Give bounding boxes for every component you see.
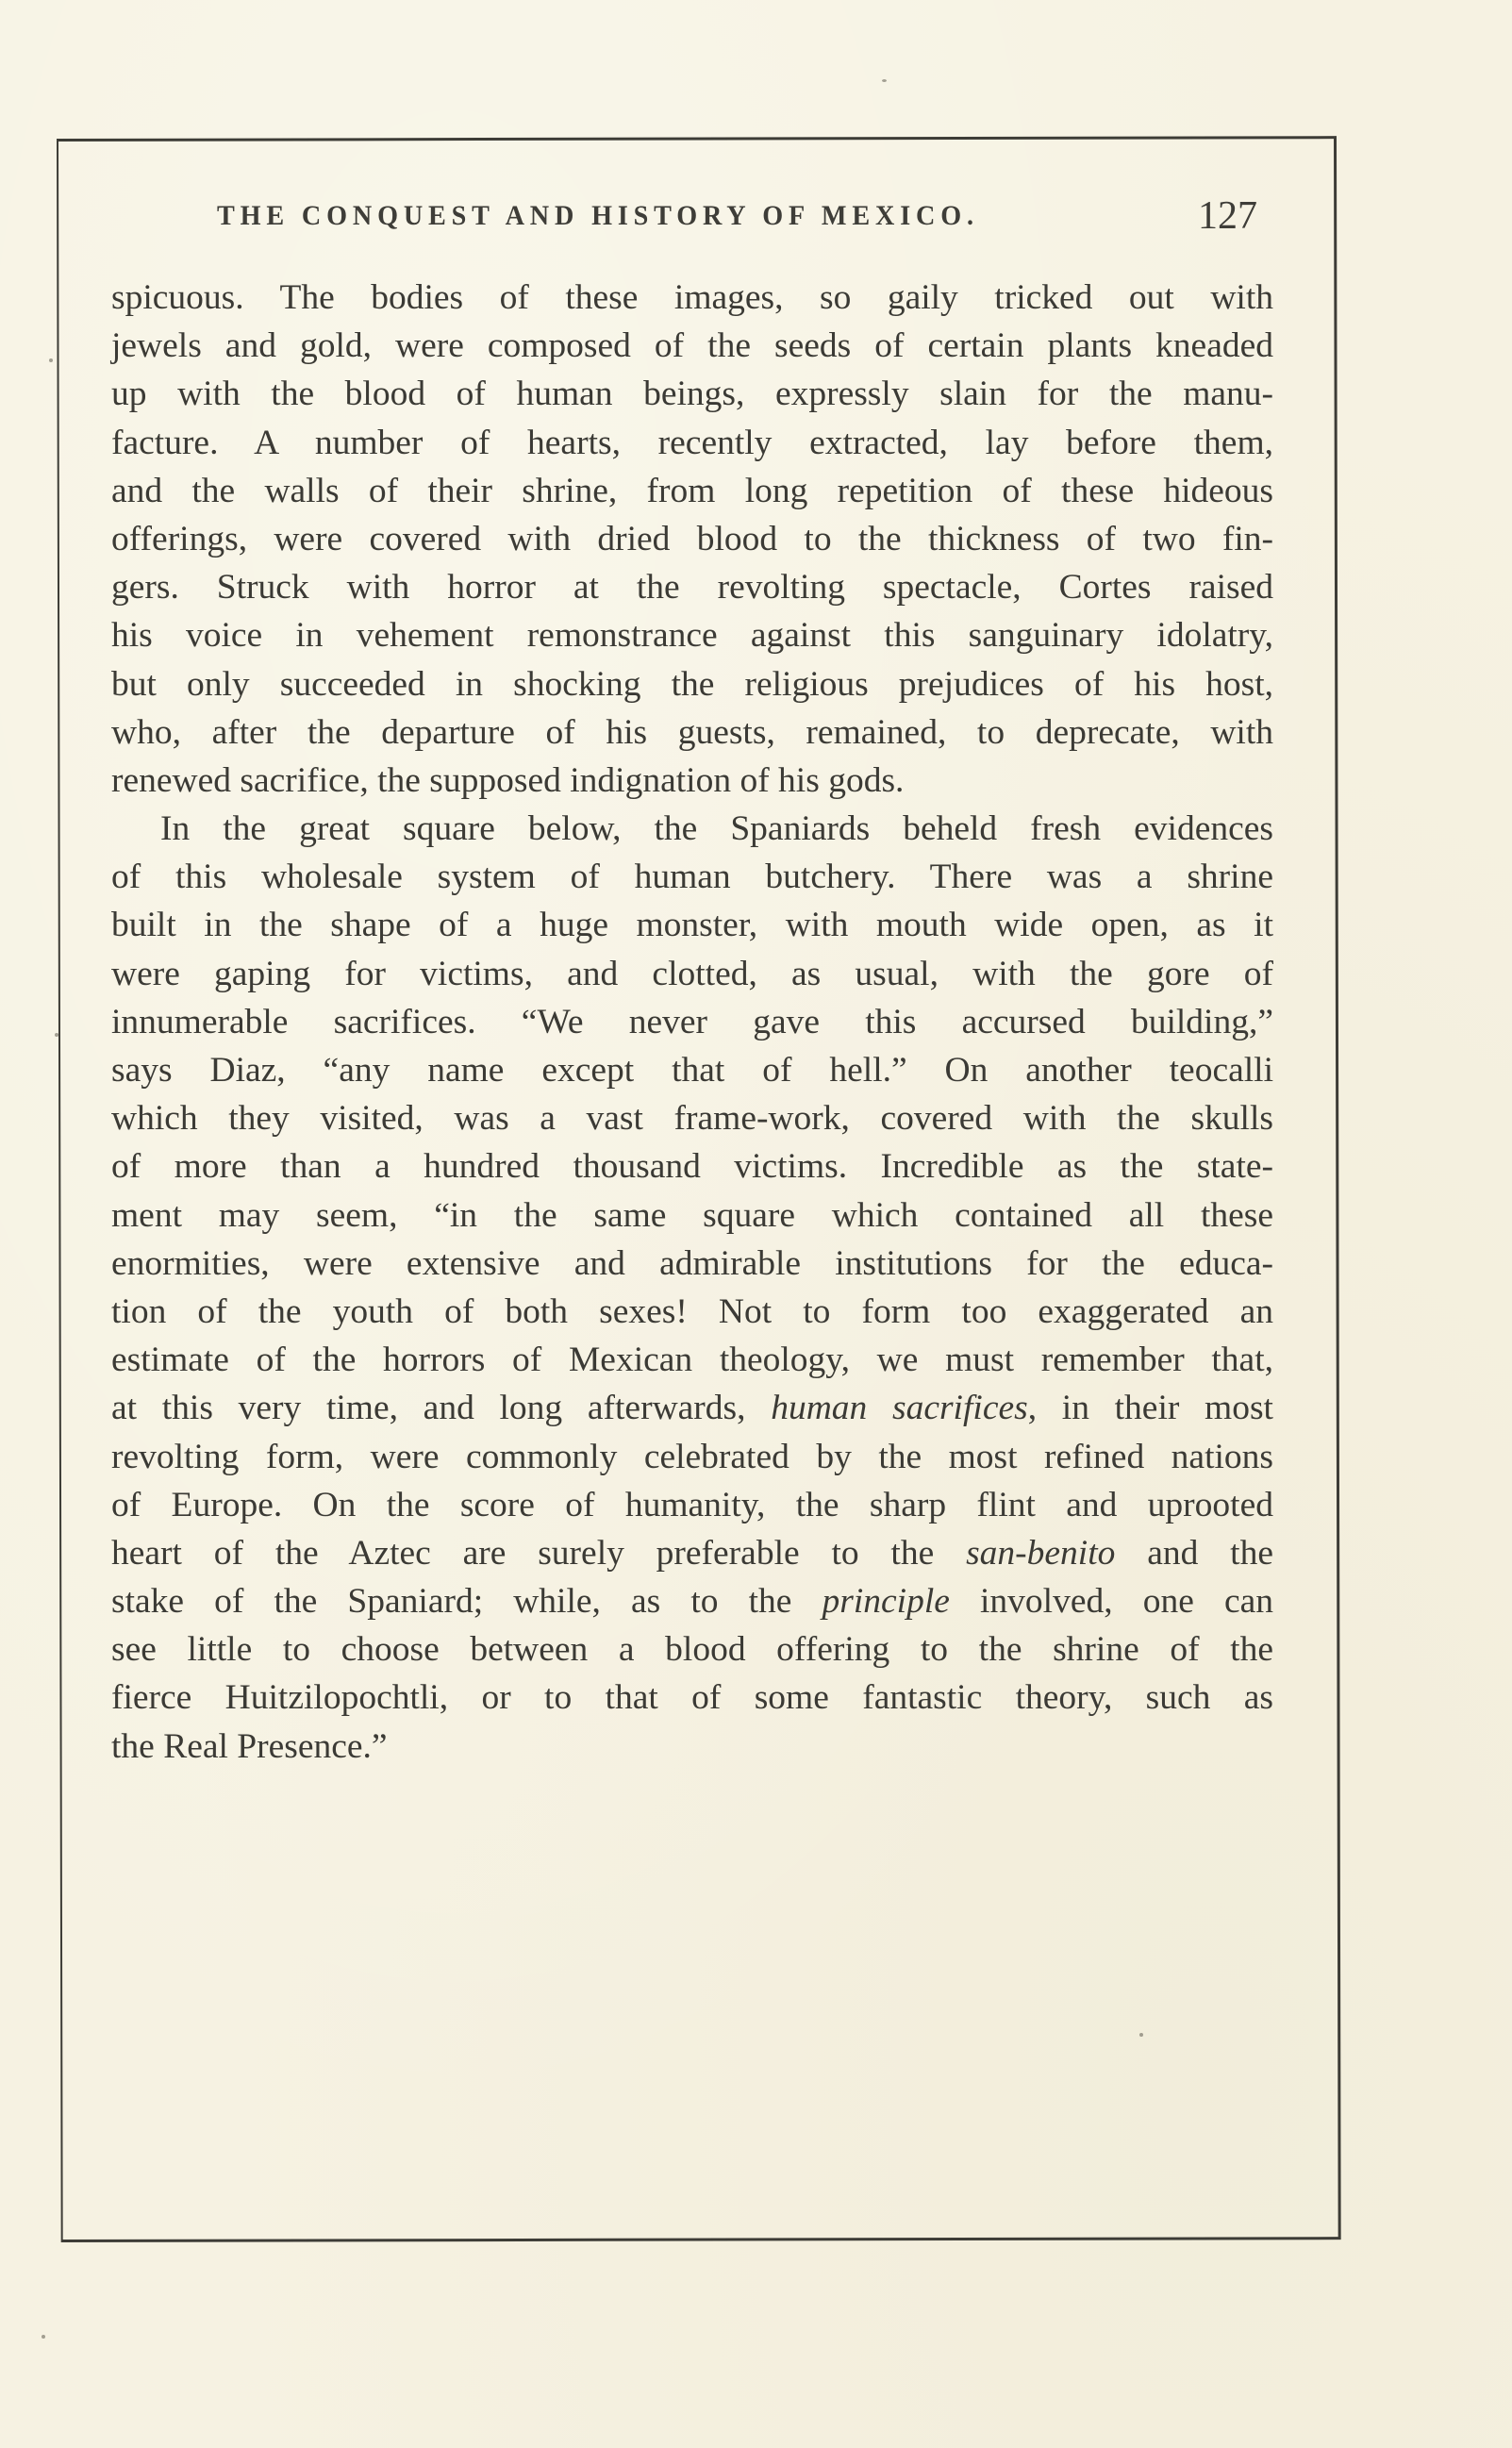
- body-text: spicuous. The bodies of these images, so…: [111, 274, 1273, 1771]
- text-line: jewels and gold, were composed of the se…: [111, 322, 1273, 370]
- text-segment: involved, one can: [950, 1582, 1273, 1621]
- text-segment: at this very time, and long afterwards,: [111, 1389, 771, 1427]
- running-head: THE CONQUEST AND HISTORY OF MEXICO.: [217, 200, 979, 232]
- text-line: of this wholesale system of human butche…: [111, 853, 1273, 901]
- text-line: spicuous. The bodies of these images, so…: [111, 274, 1273, 322]
- text-line: who, after the departure of his guests, …: [111, 708, 1273, 757]
- italic-phrase: human sacrifices: [771, 1389, 1028, 1427]
- text-line: tion of the youth of both sexes! Not to …: [111, 1288, 1273, 1336]
- text-line: the Real Presence.”: [111, 1723, 1273, 1771]
- text-line: which they visited, was a vast frame-wor…: [111, 1094, 1273, 1142]
- text-line: estimate of the horrors of Mexican theol…: [111, 1336, 1273, 1384]
- page-number: 127: [1198, 193, 1257, 239]
- text-segment: and the: [1115, 1534, 1273, 1573]
- text-line: ment may seem, “in the same square which…: [111, 1191, 1273, 1240]
- paper-speck: [882, 79, 887, 82]
- text-line: and the walls of their shrine, from long…: [111, 467, 1273, 515]
- text-line: were gaping for victims, and clotted, as…: [111, 950, 1273, 998]
- text-line: stake of the Spaniard; while, as to the …: [111, 1577, 1273, 1625]
- text-line: offerings, were covered with dried blood…: [111, 515, 1273, 563]
- paper-speck: [55, 1033, 58, 1037]
- text-line: see little to choose between a blood off…: [111, 1625, 1273, 1674]
- paper-speck: [49, 358, 53, 362]
- paper-speck: [1139, 2033, 1143, 2037]
- text-line: but only succeeded in shocking the relig…: [111, 660, 1273, 708]
- italic-phrase: san-benito: [966, 1534, 1115, 1573]
- text-line: built in the shape of a huge monster, wi…: [111, 901, 1273, 949]
- text-line: revolting form, were commonly celebrated…: [111, 1433, 1273, 1481]
- text-line: up with the blood of human beings, expre…: [111, 370, 1273, 418]
- text-line: In the great square below, the Spaniards…: [111, 805, 1273, 853]
- text-line: gers. Struck with horror at the revoltin…: [111, 563, 1273, 611]
- text-line: innumerable sacrifices. “We never gave t…: [111, 998, 1273, 1046]
- text-segment: stake of the Spaniard; while, as to the: [111, 1582, 822, 1621]
- text-line: at this very time, and long afterwards, …: [111, 1384, 1273, 1432]
- text-segment: heart of the Aztec are surely preferable…: [111, 1534, 966, 1573]
- text-line: of Europe. On the score of humanity, the…: [111, 1481, 1273, 1529]
- paper-speck: [42, 2335, 45, 2339]
- text-line: of more than a hundred thousand victims.…: [111, 1142, 1273, 1191]
- text-line: fierce Huitzilopochtli, or to that of so…: [111, 1674, 1273, 1722]
- text-line: heart of the Aztec are surely preferable…: [111, 1529, 1273, 1577]
- text-line: facture. A number of hearts, recently ex…: [111, 419, 1273, 467]
- text-line: renewed sacrifice, the supposed indignat…: [111, 757, 1273, 805]
- text-segment: , in their most: [1028, 1389, 1273, 1427]
- text-line: says Diaz, “any name except that of hell…: [111, 1046, 1273, 1094]
- text-line: enormities, were extensive and admirable…: [111, 1240, 1273, 1288]
- italic-phrase: principle: [822, 1582, 950, 1621]
- text-line: his voice in vehement remonstrance again…: [111, 611, 1273, 659]
